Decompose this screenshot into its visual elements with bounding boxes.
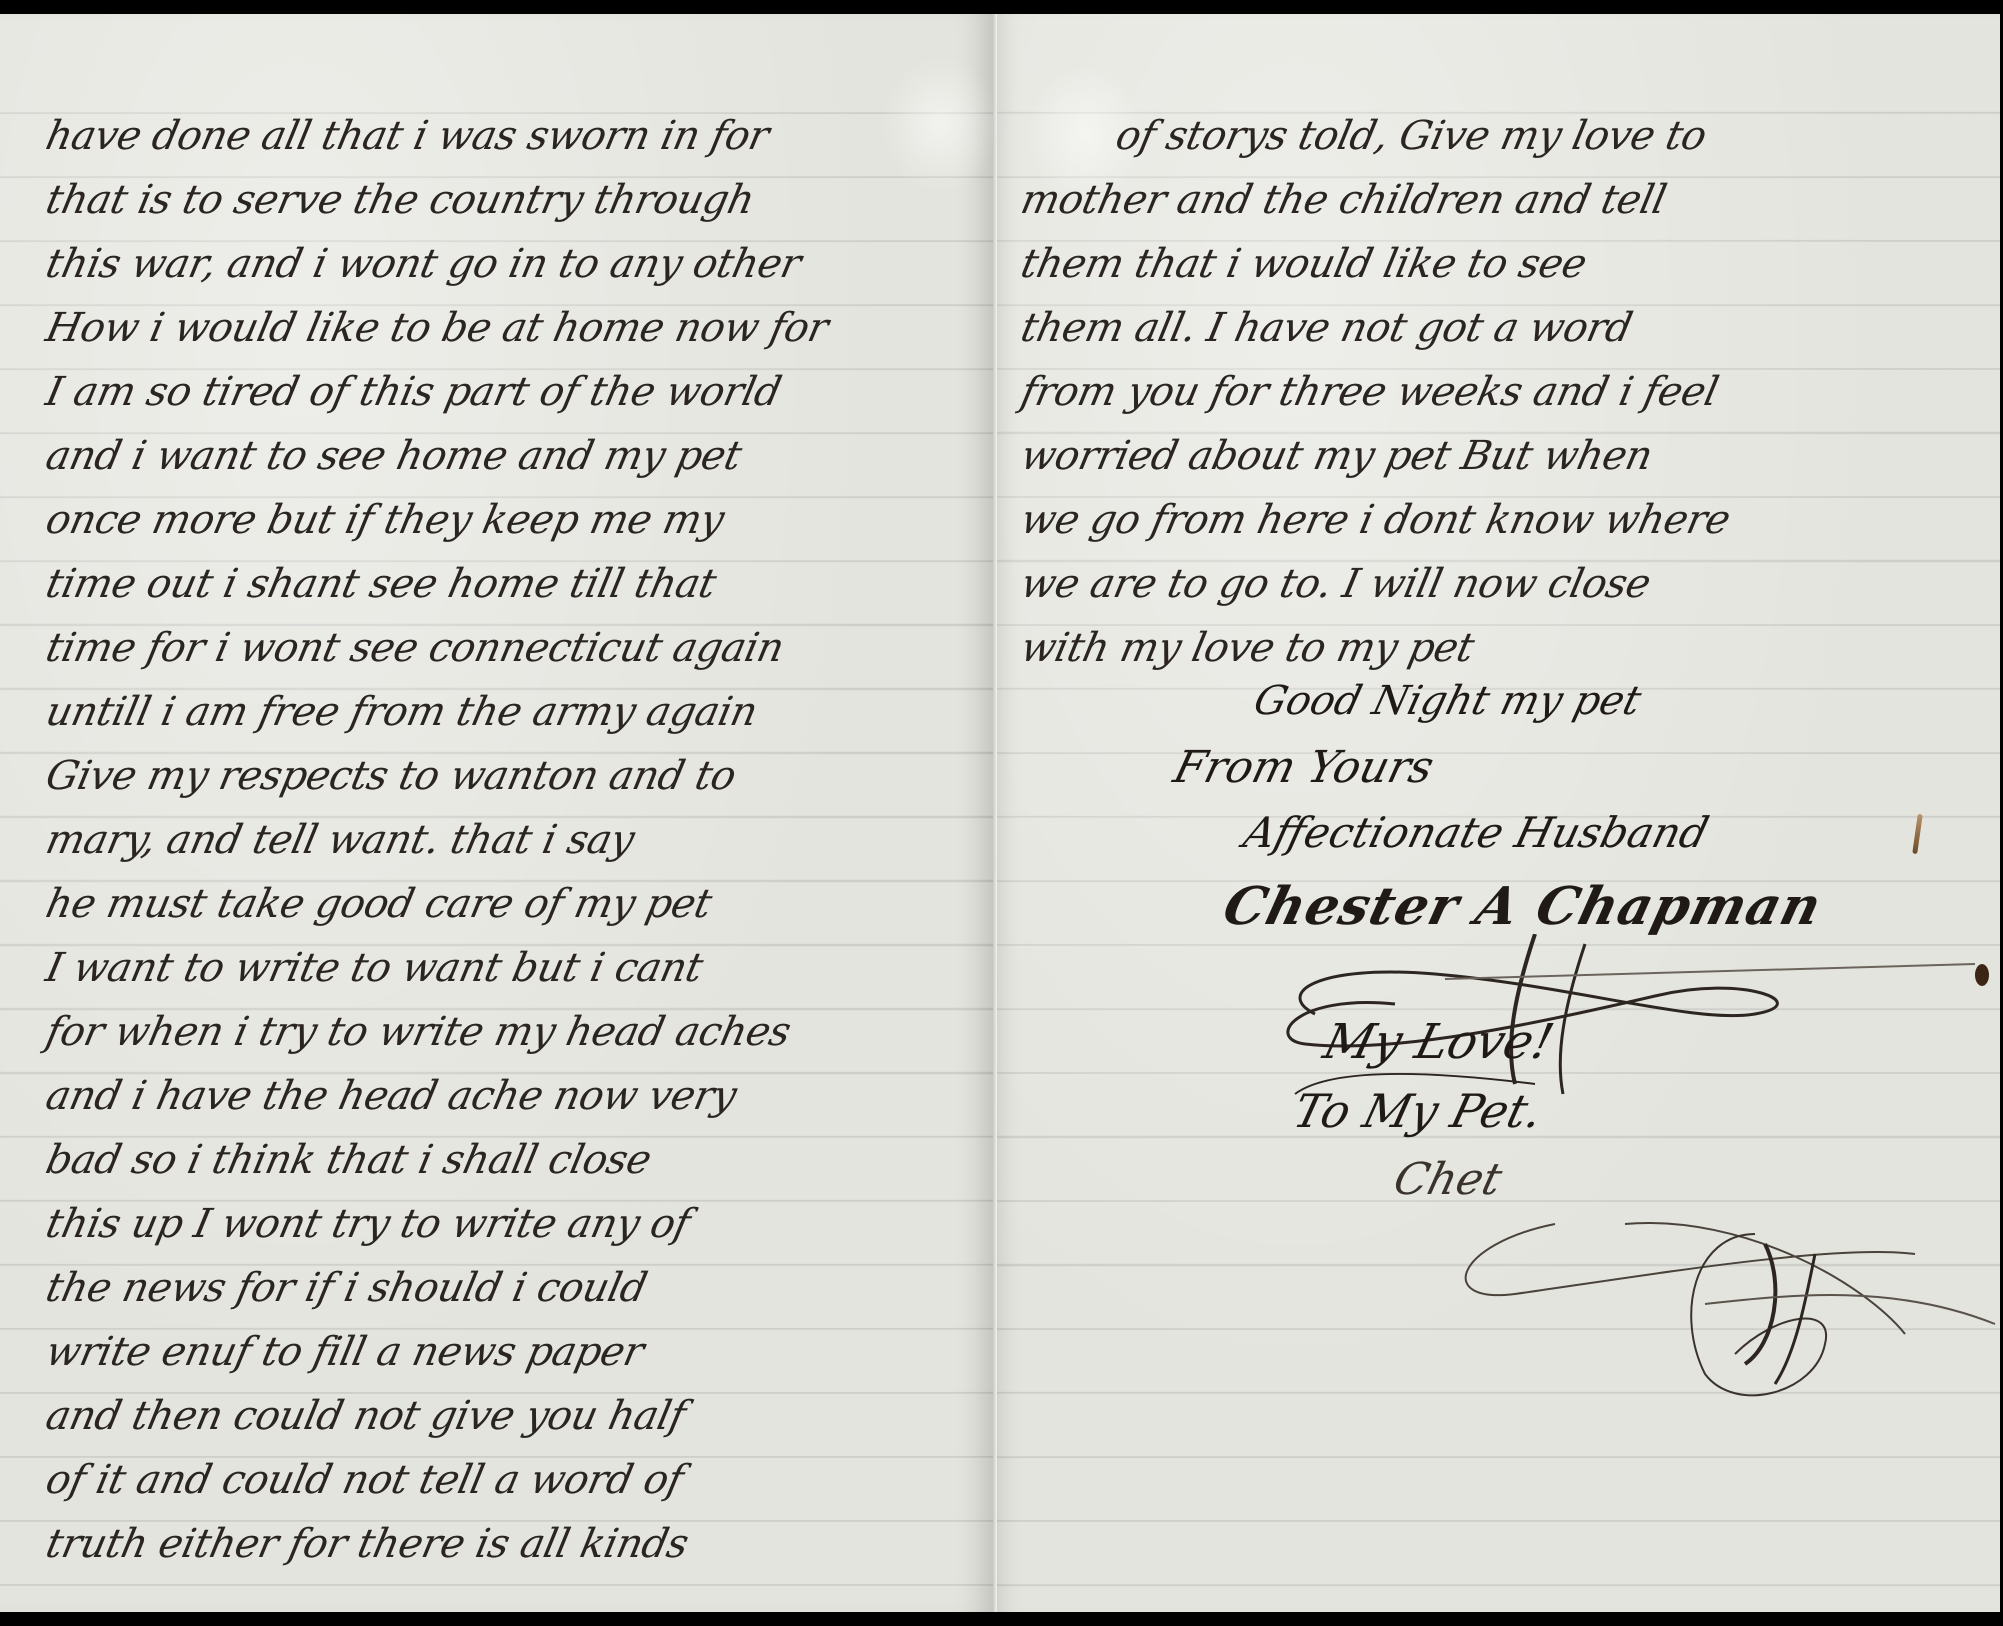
closing-good-night: Good Night my pet [1249, 678, 1965, 724]
handwritten-line: time for i wont see connecticut again [40, 616, 995, 680]
handwritten-line: them that i would like to see [1015, 232, 2000, 296]
handwritten-line: of it and could not tell a word of [40, 1448, 995, 1512]
handwritten-line: we are to go to. I will now close [1015, 552, 2000, 616]
right-page-text: of storys told, Give my love to mother a… [1015, 104, 2000, 680]
handwritten-line: and i have the head ache now very [40, 1064, 995, 1128]
handwritten-line: and then could not give you half [40, 1384, 995, 1448]
handwritten-line: for when i try to write my head aches [40, 1000, 995, 1064]
handwritten-line: untill i am free from the army again [40, 680, 995, 744]
handwritten-line: Give my respects to wanton and to [40, 744, 995, 808]
handwritten-line: once more but if they keep me my [40, 488, 995, 552]
signature-flourish-bottom [1395, 1194, 2000, 1454]
handwritten-line: the news for if i should i could [40, 1256, 995, 1320]
handwritten-line: write enuf to fill a news paper [40, 1320, 995, 1384]
handwritten-line: them all. I have not got a word [1015, 296, 2000, 360]
handwritten-line: with my love to my pet [1015, 616, 2000, 680]
handwritten-line: from you for three weeks and i feel [1015, 360, 2000, 424]
closing-my-love: My Love! [1318, 1014, 1967, 1070]
handwritten-line: he must take good care of my pet [40, 872, 995, 936]
closing-affectionate-husband: Affectionate Husband [1239, 808, 1966, 857]
handwritten-line: mother and the children and tell [1015, 168, 2000, 232]
signature: Chester A Chapman [1217, 876, 1967, 937]
handwritten-line: worried about my pet But when [1015, 424, 2000, 488]
handwritten-line: have done all that i was sworn in for [40, 104, 995, 168]
handwritten-line: that is to serve the country through [40, 168, 995, 232]
left-page-text: have done all that i was sworn in for th… [40, 104, 995, 1576]
short-signature: Chet [1389, 1154, 1967, 1205]
letter-spread: have done all that i was sworn in for th… [0, 14, 2000, 1612]
handwritten-line: of storys told, Give my love to [1015, 104, 2000, 168]
handwritten-line: and i want to see home and my pet [40, 424, 995, 488]
handwritten-line: mary, and tell want. that i say [40, 808, 995, 872]
handwritten-line: bad so i think that i shall close [40, 1128, 995, 1192]
closing-from-yours: From Yours [1169, 742, 1967, 793]
left-page: have done all that i was sworn in for th… [0, 14, 995, 1612]
page-fold [993, 14, 997, 1612]
handwritten-line: this up I wont try to write any of [40, 1192, 995, 1256]
handwritten-line: I want to write to want but i cant [40, 936, 995, 1000]
handwritten-line: How i would like to be at home now for [40, 296, 995, 360]
right-page: of storys told, Give my love to mother a… [995, 14, 2000, 1612]
handwritten-line: I am so tired of this part of the world [40, 360, 995, 424]
handwritten-line: time out i shant see home till that [40, 552, 995, 616]
handwritten-line: we go from here i dont know where [1015, 488, 2000, 552]
closing-to-my-pet: To My Pet. [1288, 1084, 1966, 1138]
handwritten-line: this war, and i wont go in to any other [40, 232, 995, 296]
ink-blot [1975, 964, 1989, 986]
handwritten-line: truth either for there is all kinds [40, 1512, 995, 1576]
